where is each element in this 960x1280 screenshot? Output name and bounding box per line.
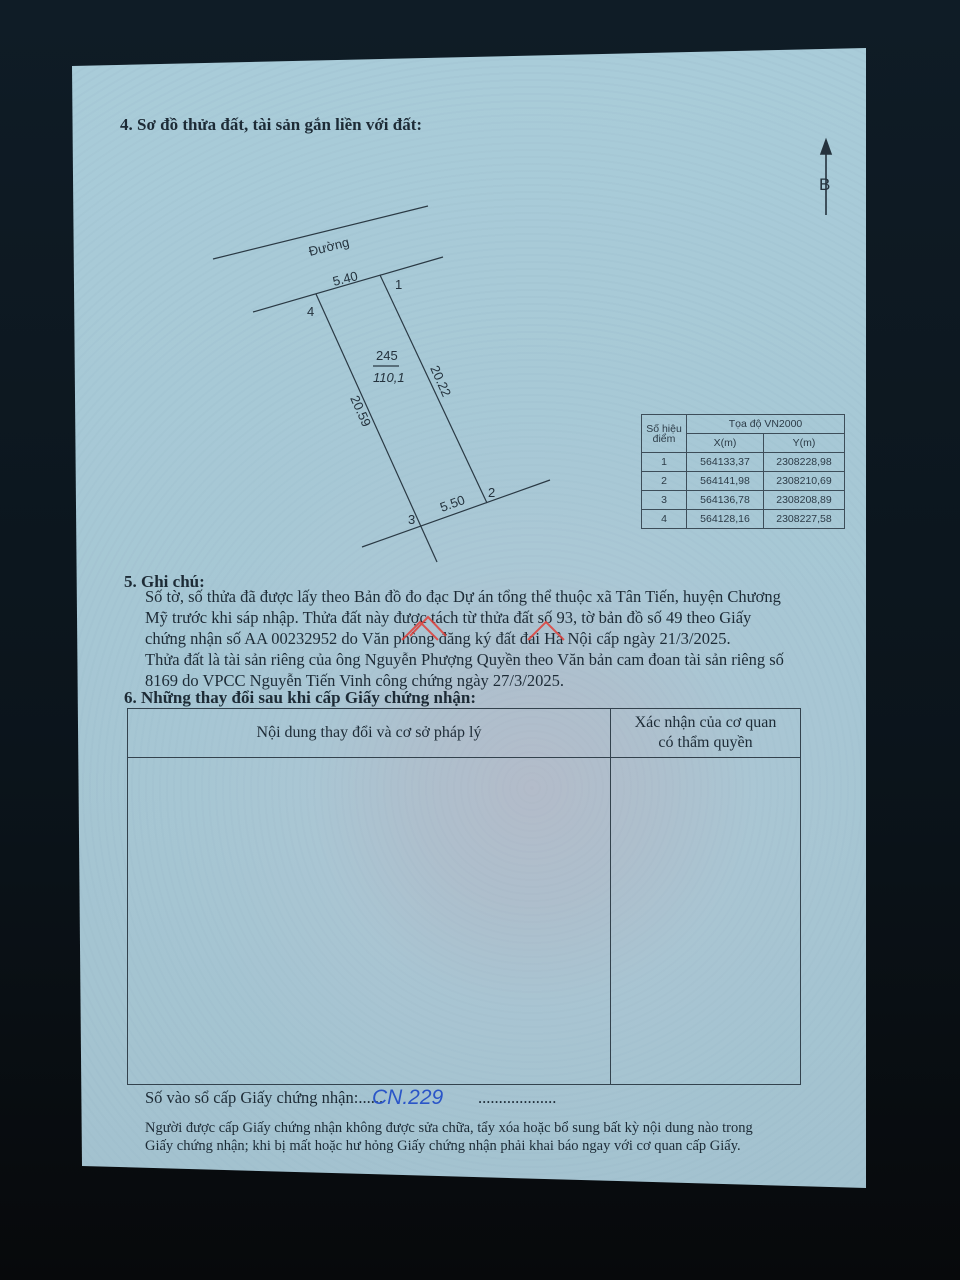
register-number-handwritten: CN.229 bbox=[372, 1086, 443, 1110]
changes-content-header: Nội dung thay đổi và cơ sở pháp lý bbox=[128, 709, 611, 758]
changes-content-cell bbox=[128, 758, 611, 1085]
authority-header-line2: có thẩm quyền bbox=[658, 734, 752, 751]
authority-confirmation-cell bbox=[611, 758, 801, 1085]
notice-line-2: Giấy chứng nhận; khi bị mất hoặc hư hỏng… bbox=[145, 1138, 741, 1155]
register-dots-after: ................... bbox=[478, 1088, 556, 1108]
authority-header-line1: Xác nhận của cơ quan bbox=[635, 714, 777, 731]
changes-table: Nội dung thay đổi và cơ sở pháp lý Xác n… bbox=[127, 708, 801, 1085]
notice-line-1: Người được cấp Giấy chứng nhận không đượ… bbox=[145, 1120, 753, 1137]
register-label: Số vào sổ cấp Giấy chứng nhận: bbox=[145, 1088, 358, 1107]
authority-confirmation-header: Xác nhận của cơ quan có thẩm quyền bbox=[611, 709, 801, 758]
section6-title: 6. Những thay đổi sau khi cấp Giấy chứng… bbox=[124, 688, 476, 708]
register-number-line: Số vào sổ cấp Giấy chứng nhận:...... bbox=[145, 1088, 383, 1108]
